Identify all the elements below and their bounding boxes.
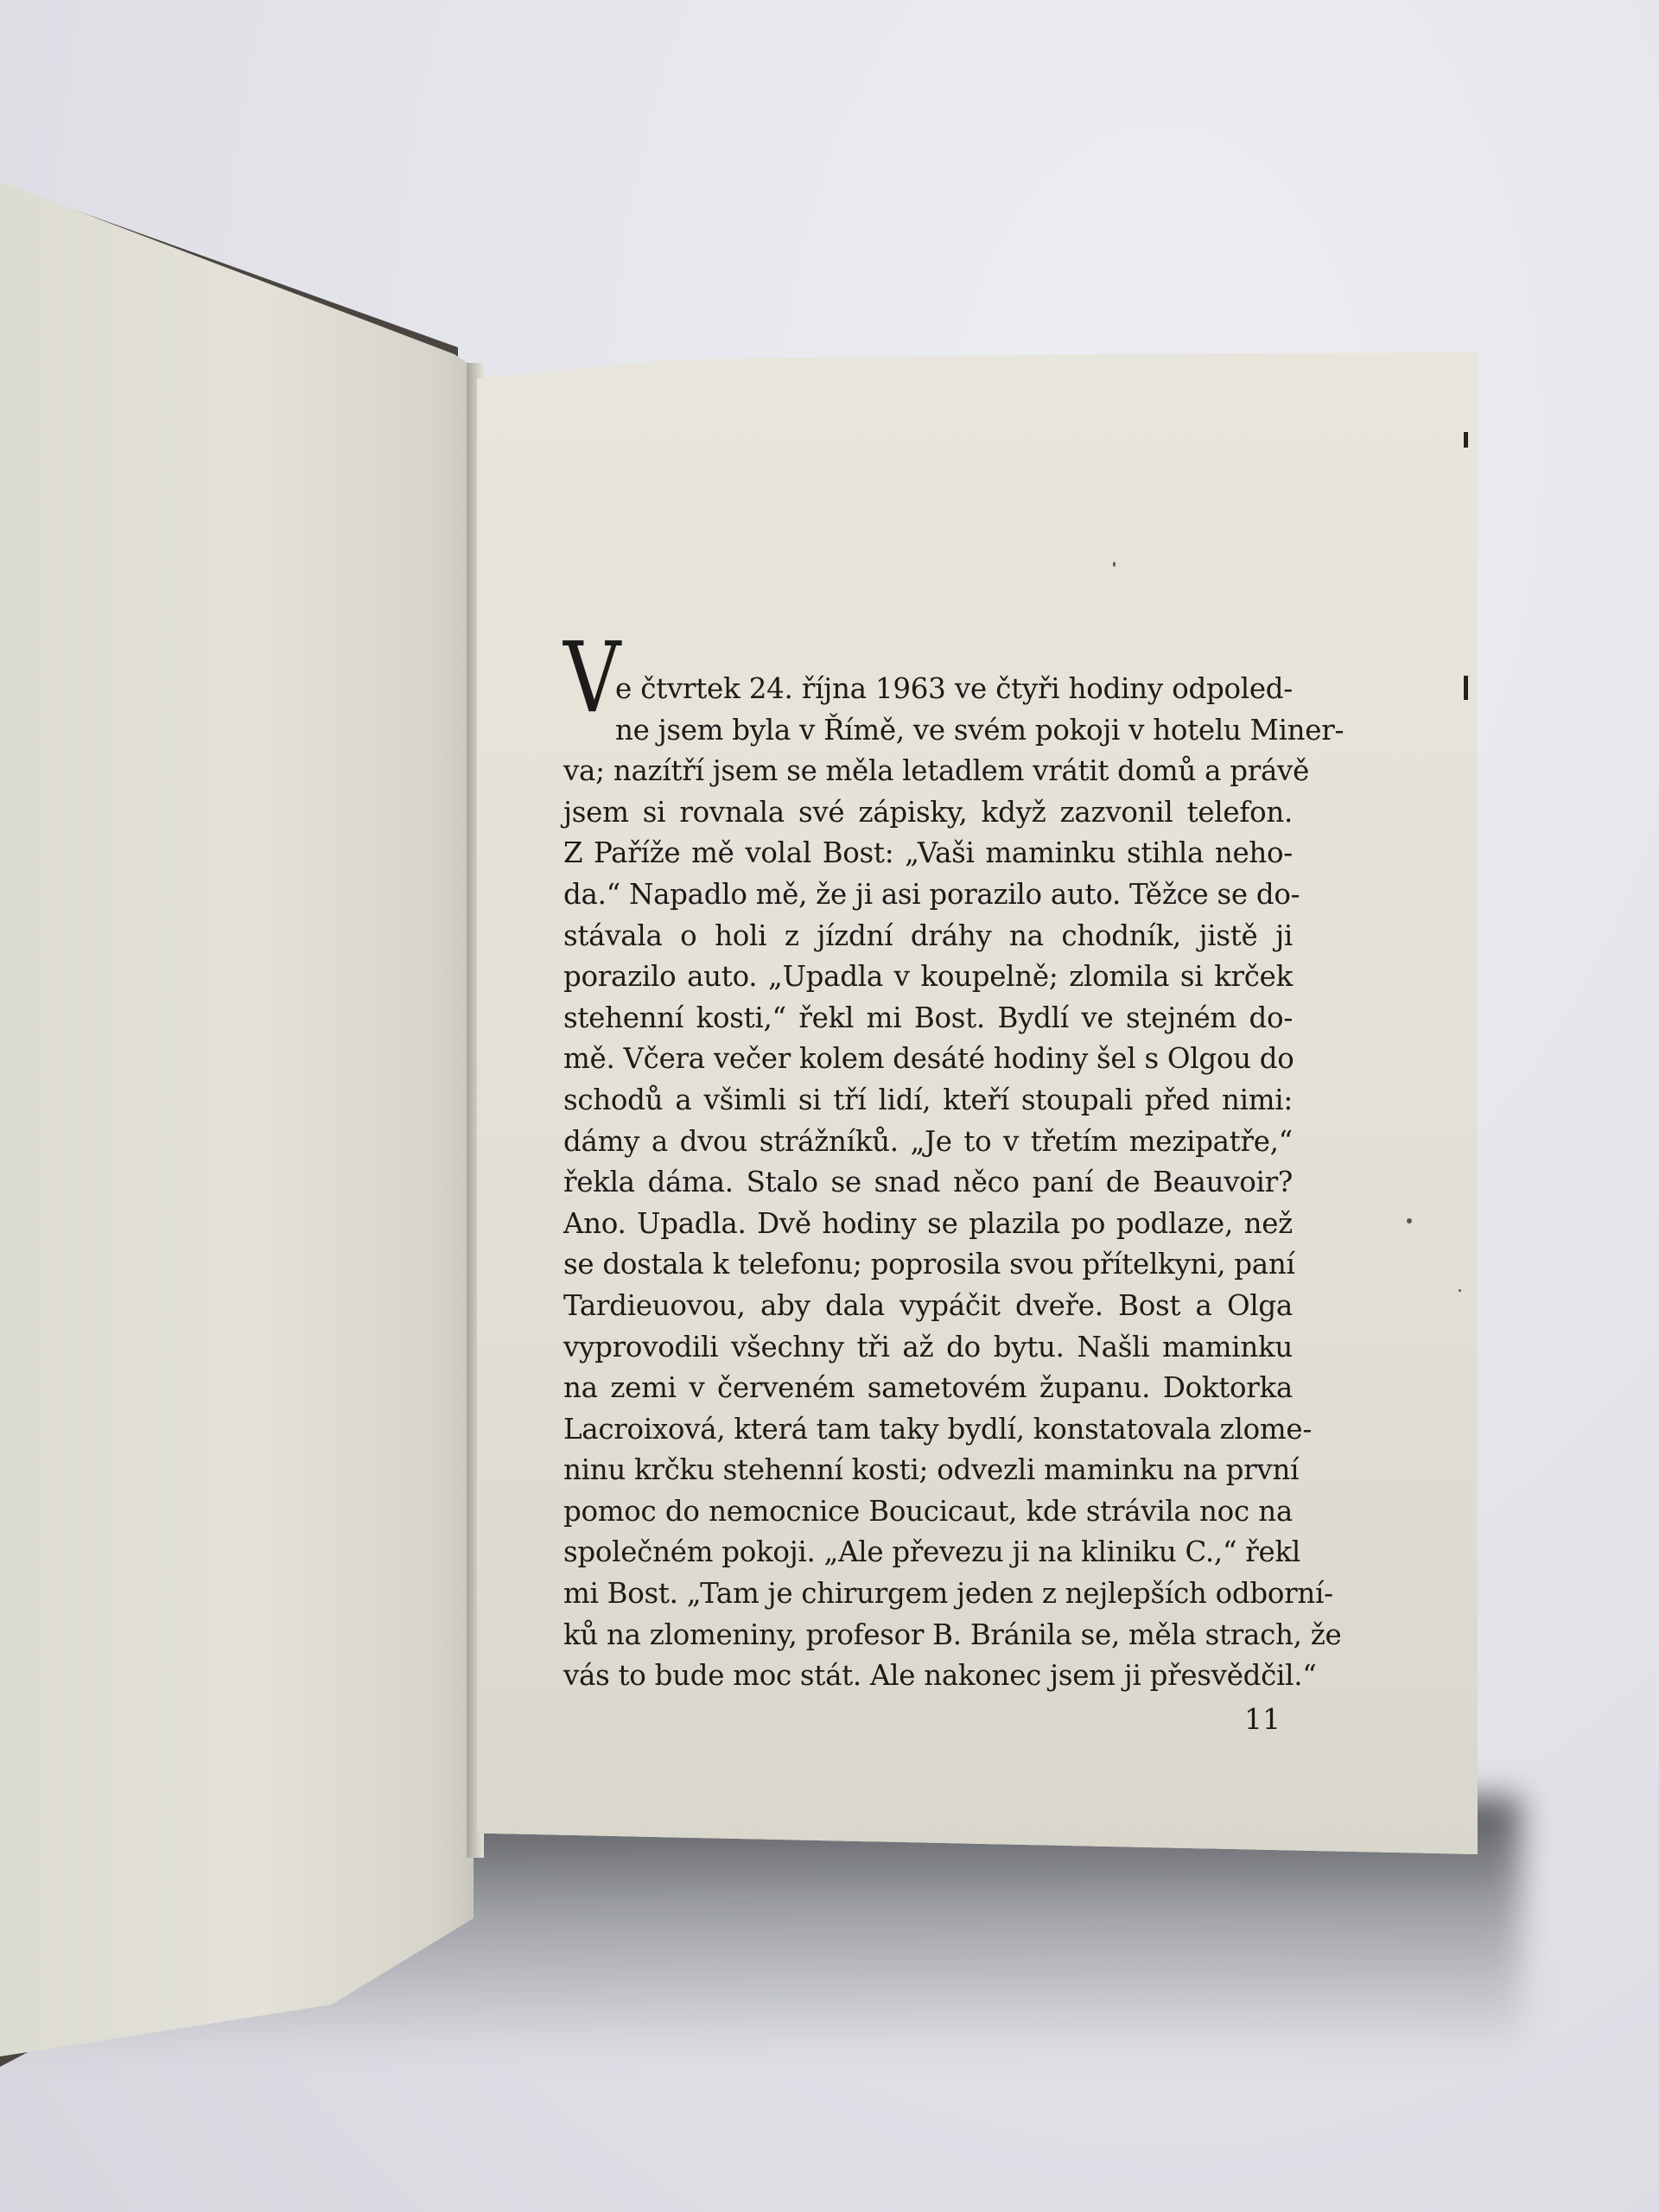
text-line: na zemi v červeném sametovém županu. Dok… bbox=[563, 1368, 1293, 1409]
text-line: ků na zlomeniny, profesor B. Bránila se,… bbox=[563, 1615, 1293, 1656]
text-line: se dostala k telefonu; poprosila svou př… bbox=[563, 1244, 1293, 1286]
text-line: Z Paříže mě volal Bost: „Vaši maminku st… bbox=[563, 833, 1293, 874]
paper-speck bbox=[1407, 1218, 1412, 1224]
text-line: vyprovodili všechny tři až do bytu. Našl… bbox=[563, 1327, 1293, 1369]
text-line: jsem si rovnala své zápisky, když zazvon… bbox=[563, 792, 1293, 834]
text-line: ne jsem byla v Římě, ve svém pokoji v ho… bbox=[563, 710, 1293, 752]
text-line: mi Bost. „Tam je chirurgem jeden z nejle… bbox=[563, 1573, 1293, 1615]
text-line: Ano. Upadla. Dvě hodiny se plazila po po… bbox=[563, 1204, 1293, 1245]
text-line: společném pokoji. „Ale převezu ji na kli… bbox=[563, 1532, 1293, 1573]
text-line: stehenní kosti,“ řekl mi Bost. Bydlí ve … bbox=[563, 998, 1293, 1039]
text-line: schodů a všimli si tří lidí, kteří stoup… bbox=[563, 1080, 1293, 1122]
text-line: da.“ Napadlo mě, že ji asi porazilo auto… bbox=[563, 874, 1293, 916]
text-line: řekla dáma. Stalo se snad něco paní de B… bbox=[563, 1162, 1293, 1204]
text-line: Tardieuovou, aby dala vypáčit dveře. Bos… bbox=[563, 1286, 1293, 1327]
text-line: e čtvrtek 24. října 1963 ve čtyři hodiny… bbox=[563, 638, 1293, 710]
text-line: vás to bude moc stát. Ale nakonec jsem j… bbox=[563, 1656, 1293, 1697]
text-line: stávala o holi z jízdní dráhy na chodník… bbox=[563, 916, 1293, 957]
left-page-blank bbox=[0, 181, 474, 2056]
page-edge-mark bbox=[1464, 676, 1468, 700]
text-line: va; nazítří jsem se měla letadlem vrátit… bbox=[563, 751, 1293, 792]
drop-cap: V bbox=[563, 639, 605, 710]
page-edge-mark bbox=[1464, 432, 1468, 448]
text-line: Lacroixová, která tam taky bydlí, konsta… bbox=[563, 1409, 1293, 1451]
text-line: pomoc do nemocnice Boucicaut, kde strávi… bbox=[563, 1491, 1293, 1533]
text-line: porazilo auto. „Upadla v koupelně; zlomi… bbox=[563, 957, 1293, 998]
body-text: V e čtvrtek 24. října 1963 ve čtyři hodi… bbox=[563, 638, 1293, 1697]
paper-speck bbox=[1113, 562, 1116, 567]
text-line: mě. Včera večer kolem desáté hodiny šel … bbox=[563, 1039, 1293, 1080]
paper-speck bbox=[1459, 1289, 1461, 1292]
page-number: 11 bbox=[1244, 1702, 1281, 1736]
text-line: dámy a dvou strážníků. „Je to v třetím m… bbox=[563, 1122, 1293, 1163]
text-line: ninu krčku stehenní kosti; odvezli mamin… bbox=[563, 1450, 1293, 1491]
